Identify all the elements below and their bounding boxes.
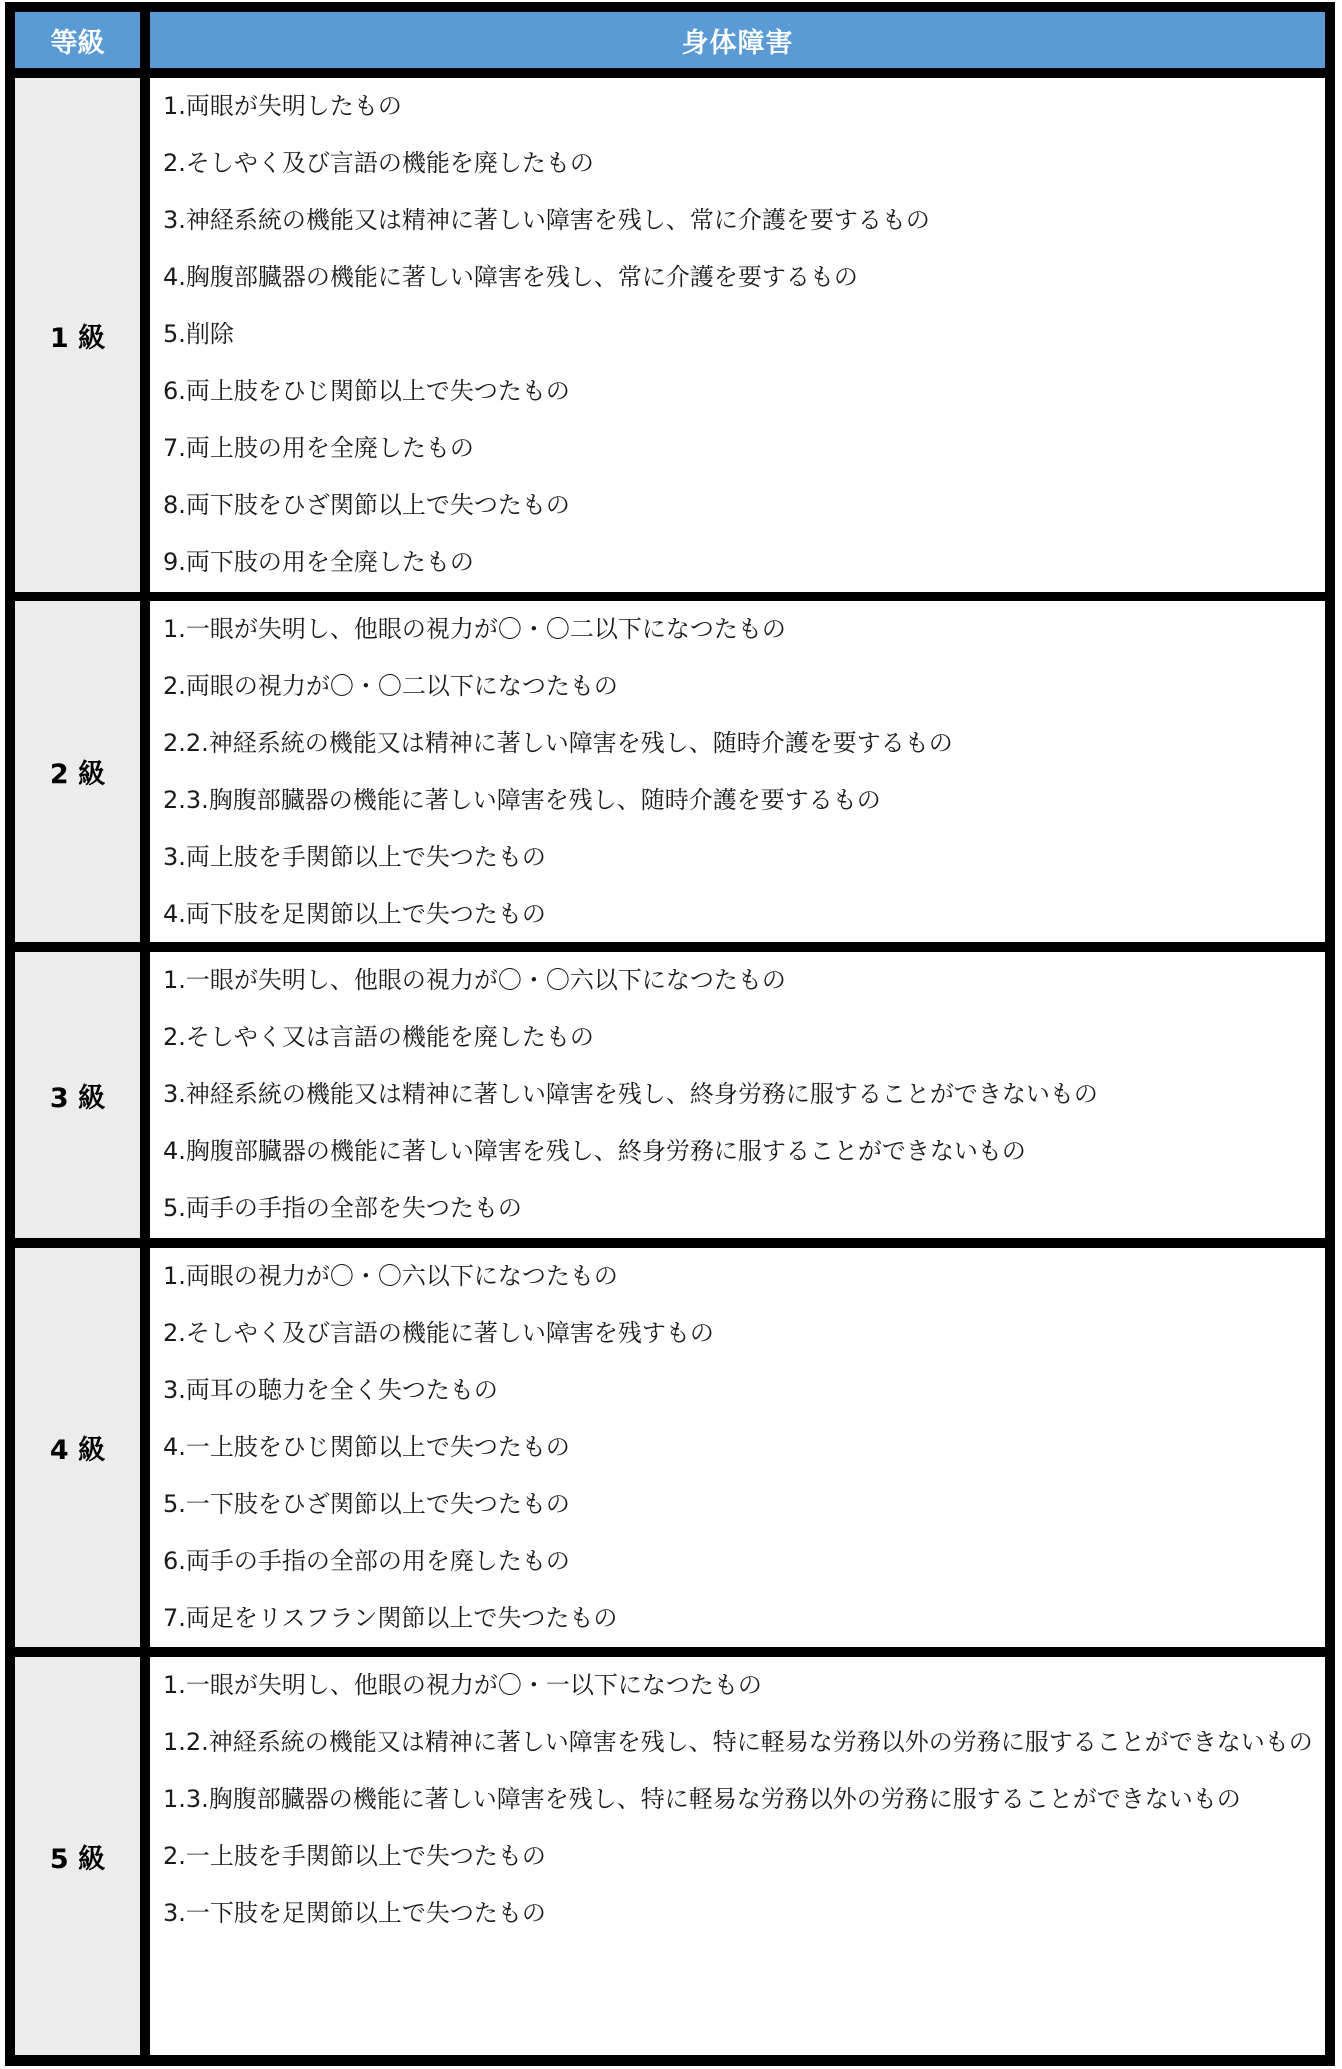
list-item: 7.両上肢の用を全廃したもの	[163, 420, 1313, 477]
list-item: 1.3.胸腹部臓器の機能に著しい障害を残し、特に軽易な労務以外の労務に服すること…	[163, 1771, 1313, 1828]
list-item: 4.両下肢を足関節以上で失つたもの	[163, 886, 1313, 943]
list-item: 1.両眼が失明したもの	[163, 78, 1313, 135]
list-item: 1.一眼が失明し、他眼の視力が〇・〇二以下になつたもの	[163, 601, 1313, 658]
list-item: 9.両下肢の用を全廃したもの	[163, 534, 1313, 591]
list-item: 4.胸腹部臓器の機能に著しい障害を残し、終身労務に服することができないもの	[163, 1123, 1313, 1180]
grade-1-items: 1.両眼が失明したもの 2.そしやく及び言語の機能を廃したもの 3.神経系統の機…	[150, 78, 1325, 592]
list-item: 3.両上肢を手関節以上で失つたもの	[163, 829, 1313, 886]
header-disability: 身体障害	[150, 12, 1325, 68]
grade-3-items: 1.一眼が失明し、他眼の視力が〇・〇六以下になつたもの 2.そしやく又は言語の機…	[150, 952, 1325, 1238]
list-item: 3.一下肢を足関節以上で失つたもの	[163, 1885, 1313, 1942]
list-item: 6.両手の手指の全部の用を廃したもの	[163, 1533, 1313, 1590]
list-item: 8.両下肢をひざ関節以上で失つたもの	[163, 477, 1313, 534]
list-item: 4.一上肢をひじ関節以上で失つたもの	[163, 1419, 1313, 1476]
grade-label-2: 2 級	[15, 601, 140, 942]
header-grade: 等級	[15, 12, 140, 68]
list-item: 3.神経系統の機能又は精神に著しい障害を残し、終身労務に服することができないもの	[163, 1066, 1313, 1123]
list-item: 2.そしやく及び言語の機能を廃したもの	[163, 135, 1313, 192]
disability-grade-table: 等級 身体障害 1 級 1.両眼が失明したもの 2.そしやく及び言語の機能を廃し…	[5, 2, 1335, 2066]
grade-label-3: 3 級	[15, 952, 140, 1238]
list-item: 1.両眼の視力が〇・〇六以下になつたもの	[163, 1248, 1313, 1305]
grade-label-4: 4 級	[15, 1248, 140, 1647]
list-item: 2.3.胸腹部臓器の機能に著しい障害を残し、随時介護を要するもの	[163, 772, 1313, 829]
grade-4-items: 1.両眼の視力が〇・〇六以下になつたもの 2.そしやく及び言語の機能に著しい障害…	[150, 1248, 1325, 1647]
list-item: 2.両眼の視力が〇・〇二以下になつたもの	[163, 658, 1313, 715]
grade-label-1: 1 級	[15, 78, 140, 592]
grade-2-items: 1.一眼が失明し、他眼の視力が〇・〇二以下になつたもの 2.両眼の視力が〇・〇二…	[150, 601, 1325, 942]
list-item: 5.一下肢をひざ関節以上で失つたもの	[163, 1476, 1313, 1533]
list-item: 1.2.神経系統の機能又は精神に著しい障害を残し、特に軽易な労務以外の労務に服す…	[163, 1714, 1313, 1771]
list-item: 2.一上肢を手関節以上で失つたもの	[163, 1828, 1313, 1885]
list-item: 2.そしやく及び言語の機能に著しい障害を残すもの	[163, 1305, 1313, 1362]
grade-5-items: 1.一眼が失明し、他眼の視力が〇・一以下になつたもの 1.2.神経系統の機能又は…	[150, 1657, 1325, 2055]
list-item: 2.2.神経系統の機能又は精神に著しい障害を残し、随時介護を要するもの	[163, 715, 1313, 772]
list-item: 7.両足をリスフラン関節以上で失つたもの	[163, 1590, 1313, 1647]
list-item: 5.削除	[163, 306, 1313, 363]
list-item: 3.神経系統の機能又は精神に著しい障害を残し、常に介護を要するもの	[163, 192, 1313, 249]
list-item: 5.両手の手指の全部を失つたもの	[163, 1180, 1313, 1237]
list-item: 1.一眼が失明し、他眼の視力が〇・一以下になつたもの	[163, 1657, 1313, 1714]
list-item: 2.そしやく又は言語の機能を廃したもの	[163, 1009, 1313, 1066]
grade-label-5: 5 級	[15, 1657, 140, 2055]
list-item: 1.一眼が失明し、他眼の視力が〇・〇六以下になつたもの	[163, 952, 1313, 1009]
list-item: 6.両上肢をひじ関節以上で失つたもの	[163, 363, 1313, 420]
list-item: 4.胸腹部臓器の機能に著しい障害を残し、常に介護を要するもの	[163, 249, 1313, 306]
list-item: 3.両耳の聴力を全く失つたもの	[163, 1362, 1313, 1419]
